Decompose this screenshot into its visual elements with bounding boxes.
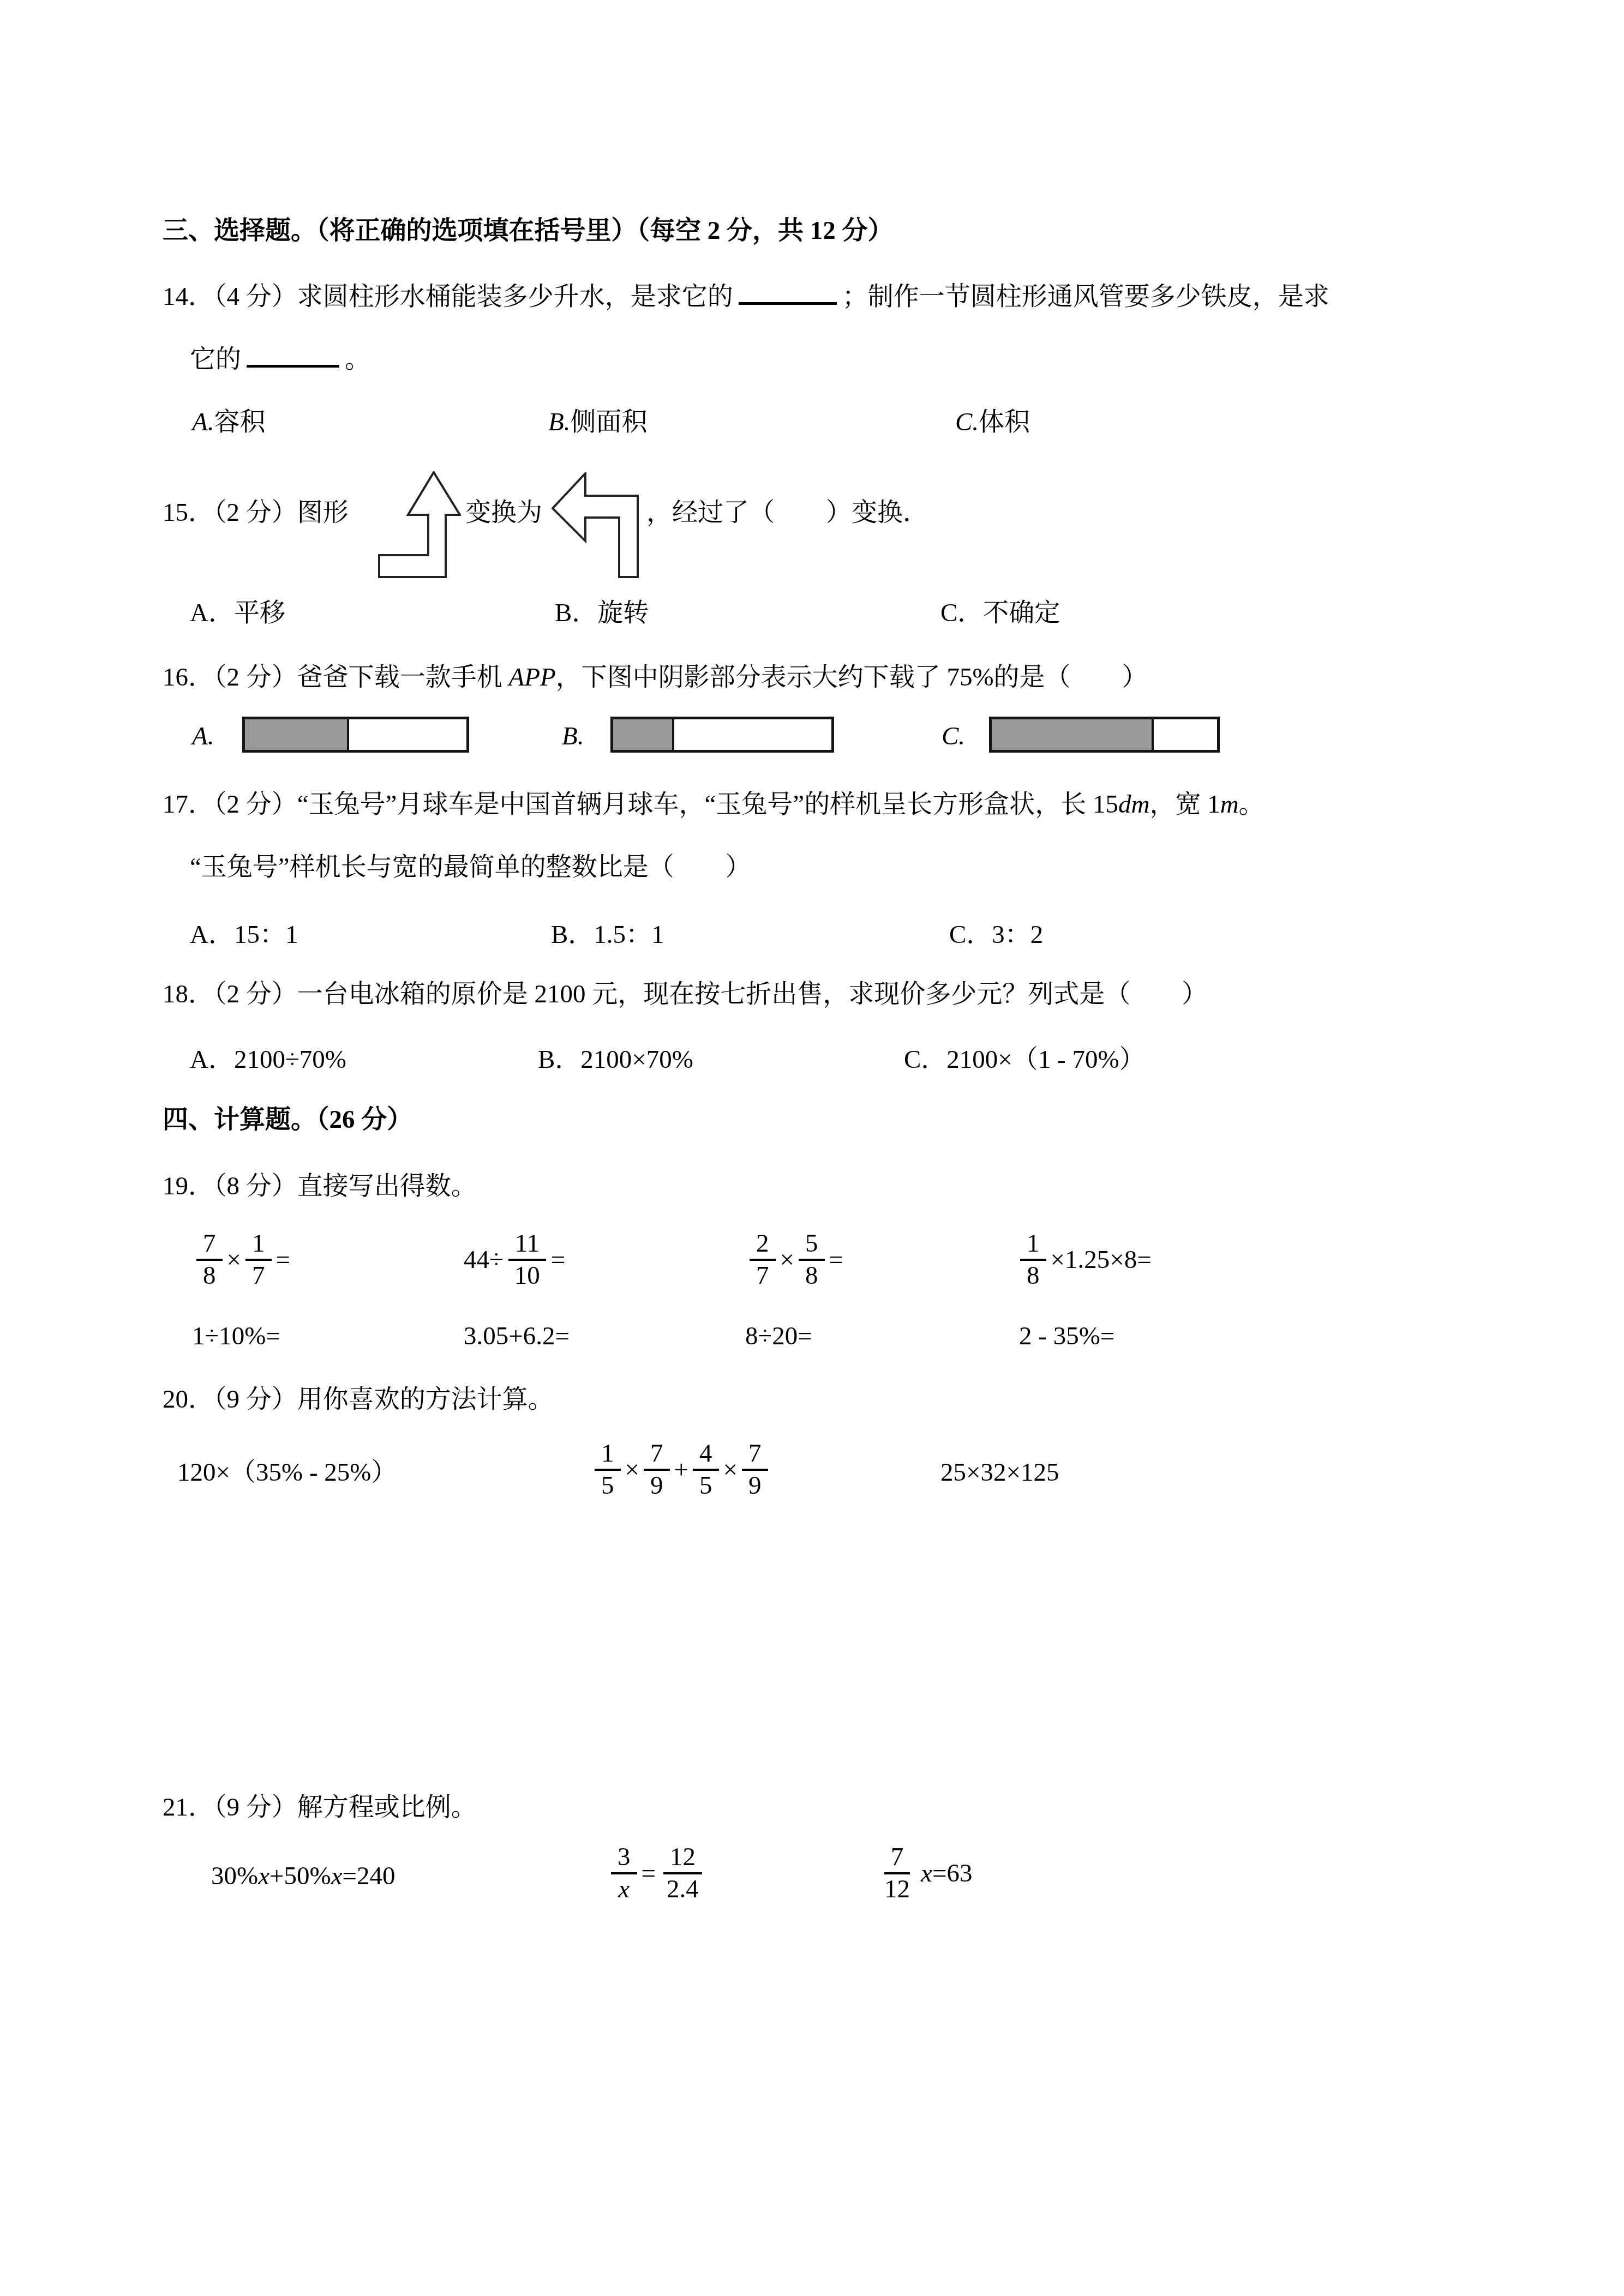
q19-expression-6: 3.05+6.2= bbox=[464, 1321, 570, 1351]
fraction: 45 bbox=[693, 1440, 719, 1500]
unit-m: m bbox=[1220, 790, 1239, 819]
q20-expression-1: 120×（35% - 25%） bbox=[177, 1457, 397, 1488]
fraction: 27 bbox=[750, 1230, 776, 1290]
option-text: 侧面积 bbox=[570, 408, 647, 436]
denominator: 2.4 bbox=[660, 1874, 705, 1903]
question-21-title: 21．（9 分）解方程或比例。 bbox=[163, 1792, 477, 1823]
q19-expression-3: 27 × 58 = bbox=[745, 1226, 843, 1294]
fraction: 18 bbox=[1020, 1230, 1046, 1290]
question-14-option-a: A.容积 bbox=[192, 407, 265, 437]
question-17-text-3: 。 bbox=[1239, 790, 1265, 819]
bar-c-label: C. bbox=[942, 721, 965, 752]
denominator: 7 bbox=[245, 1261, 272, 1289]
question-17-line-1: 17．（2 分）“玉兔号”月球车是中国首辆月球车，“玉兔号”的样机呈长方形盒状，… bbox=[163, 789, 1265, 820]
equals: =63 bbox=[932, 1858, 973, 1889]
option-text: 容积 bbox=[214, 408, 265, 436]
fraction: 17 bbox=[245, 1230, 272, 1290]
denominator: 5 bbox=[595, 1471, 621, 1499]
question-19-title: 19．（8 分）直接写出得数。 bbox=[163, 1171, 477, 1201]
fraction: 79 bbox=[742, 1440, 768, 1500]
equals: = bbox=[551, 1245, 566, 1275]
question-14-option-b: B.侧面积 bbox=[548, 407, 647, 437]
equals: = bbox=[642, 1858, 656, 1889]
operator: × bbox=[780, 1245, 795, 1275]
question-17-text-2: ，宽 1 bbox=[1149, 790, 1220, 819]
question-15-option-b: B．旋转 bbox=[555, 598, 649, 628]
bar-b-label: B. bbox=[562, 721, 584, 752]
operand: ×1.25×8= bbox=[1051, 1245, 1152, 1275]
term: +50% bbox=[269, 1862, 331, 1890]
section-4-heading: 四、计算题。（26 分） bbox=[163, 1104, 412, 1135]
question-15-option-c: C．不确定 bbox=[940, 598, 1060, 628]
section-3-heading: 三、选择题。（将正确的选项填在括号里）（每空 2 分，共 12 分） bbox=[163, 215, 894, 246]
q21-expression-2: 3x = 122.4 bbox=[607, 1837, 710, 1910]
question-14-option-c: C.体积 bbox=[955, 407, 1030, 437]
bar-a-label: A. bbox=[192, 721, 214, 752]
equals: = bbox=[829, 1245, 844, 1275]
q19-expression-1: 78 × 17 = bbox=[192, 1226, 290, 1294]
bar-a-fill bbox=[245, 719, 349, 750]
fraction: 1110 bbox=[508, 1230, 547, 1290]
bar-b-fill bbox=[613, 719, 674, 750]
denominator: x bbox=[612, 1874, 636, 1903]
fraction: 58 bbox=[799, 1230, 825, 1290]
q21-expression-1: 30%x+50%x=240 bbox=[211, 1861, 395, 1891]
question-16-bar-a bbox=[242, 717, 469, 753]
question-14-text-2: ；制作一节圆柱形通风管要多少铁皮，是求 bbox=[842, 283, 1329, 311]
question-16-text-2: ，下图中阴影部分表示大约下载了 75%的是（ ） bbox=[556, 663, 1148, 692]
question-18-line: 18．（2 分）一台电冰箱的原价是 2100 元，现在按七折出售，求现价多少元？… bbox=[163, 979, 1207, 1009]
page: 三、选择题。（将正确的选项填在括号里）（每空 2 分，共 12 分） 14．（4… bbox=[0, 0, 1624, 2296]
q19-expression-7: 8÷20= bbox=[745, 1321, 812, 1351]
numerator: 7 bbox=[196, 1230, 223, 1261]
denominator: 5 bbox=[693, 1471, 719, 1499]
bar-c-fill bbox=[992, 719, 1154, 750]
question-16-line: 16．（2 分）爸爸下载一款手机 APP，下图中阴影部分表示大约下载了 75%的… bbox=[163, 662, 1148, 693]
question-16-bar-c bbox=[989, 717, 1220, 753]
q21-expression-3: 712 x=63 bbox=[873, 1837, 972, 1910]
numerator: 12 bbox=[663, 1844, 702, 1874]
question-14-text-4: 。 bbox=[345, 345, 370, 374]
operand: 44÷ bbox=[464, 1245, 504, 1275]
term: 30% bbox=[211, 1862, 258, 1890]
question-15-text-3: ，经过了（ ）变换． bbox=[646, 497, 928, 528]
equals: =240 bbox=[343, 1862, 395, 1890]
question-18-option-c: C．2100×（1 - 70%） bbox=[904, 1044, 1145, 1075]
denominator: 9 bbox=[644, 1471, 670, 1499]
numerator: 7 bbox=[644, 1440, 670, 1471]
question-20-title: 20．（9 分）用你喜欢的方法计算。 bbox=[163, 1384, 554, 1415]
operator: × bbox=[625, 1454, 640, 1485]
option-text: 体积 bbox=[979, 408, 1030, 436]
fraction: 122.4 bbox=[660, 1844, 705, 1903]
fraction: 15 bbox=[595, 1440, 621, 1500]
question-14-text-1: 14．（4 分）求圆柱形水桶能装多少升水，是求它的 bbox=[163, 283, 733, 311]
option-letter: A. bbox=[192, 408, 214, 436]
answer-blank bbox=[739, 296, 837, 305]
denominator: 9 bbox=[742, 1471, 768, 1499]
equals: = bbox=[276, 1245, 291, 1275]
variable-x: x bbox=[331, 1862, 343, 1890]
option-letter: C. bbox=[955, 408, 979, 436]
q19-expression-5: 1÷10%= bbox=[192, 1321, 280, 1351]
q19-expression-4: 18 ×1.25×8= bbox=[1016, 1226, 1152, 1294]
answer-blank bbox=[247, 358, 339, 368]
option-letter: B. bbox=[548, 408, 570, 436]
numerator: 7 bbox=[742, 1440, 768, 1471]
variable-x: x bbox=[921, 1858, 932, 1889]
question-16-bar-b bbox=[610, 717, 834, 753]
question-17-option-b: B．1.5：1 bbox=[551, 919, 664, 950]
denominator: 12 bbox=[878, 1874, 916, 1903]
numerator: 11 bbox=[508, 1230, 546, 1261]
variable-x: x bbox=[258, 1862, 269, 1890]
q20-expression-3: 25×32×125 bbox=[940, 1457, 1059, 1488]
fraction: 3x bbox=[611, 1844, 637, 1903]
numerator: 1 bbox=[245, 1230, 272, 1261]
question-17-line-2: “玉兔号”样机长与宽的最简单的整数比是（ ） bbox=[190, 852, 751, 882]
fraction: 79 bbox=[644, 1440, 670, 1500]
numerator: 3 bbox=[611, 1844, 637, 1874]
question-15-text-2: 变换为 bbox=[465, 497, 542, 528]
numerator: 4 bbox=[693, 1440, 719, 1471]
question-17-text-1: 17．（2 分）“玉兔号”月球车是中国首辆月球车，“玉兔号”的样机呈长方形盒状，… bbox=[163, 790, 1118, 819]
q19-expression-8: 2 - 35%= bbox=[1019, 1321, 1114, 1351]
question-17-option-c: C．3：2 bbox=[949, 919, 1043, 950]
denominator: 10 bbox=[508, 1261, 547, 1289]
q19-expression-2: 44÷ 1110 = bbox=[464, 1226, 565, 1294]
figure-arrow-left-icon bbox=[552, 472, 639, 579]
operator: × bbox=[723, 1454, 738, 1485]
denominator: 8 bbox=[196, 1261, 223, 1289]
numerator: 7 bbox=[884, 1844, 910, 1874]
q20-expression-2: 15 × 79 + 45 × 79 bbox=[590, 1433, 772, 1506]
question-18-option-b: B．2100×70% bbox=[538, 1044, 693, 1075]
numerator: 1 bbox=[1020, 1230, 1046, 1261]
question-17-option-a: A．15：1 bbox=[190, 919, 298, 950]
question-15-text-1: 15．（2 分）图形 bbox=[163, 497, 349, 528]
operator: × bbox=[227, 1245, 242, 1275]
question-14-text-3: 它的 bbox=[190, 345, 241, 374]
denominator: 7 bbox=[750, 1261, 776, 1289]
numerator: 1 bbox=[595, 1440, 621, 1471]
figure-arrow-up-icon bbox=[378, 471, 461, 579]
numerator: 5 bbox=[799, 1230, 825, 1261]
question-16-text-1: 16．（2 分）爸爸下载一款手机 bbox=[163, 663, 502, 692]
app-label: APP bbox=[509, 663, 556, 692]
denominator: 8 bbox=[1020, 1261, 1046, 1289]
unit-dm: dm bbox=[1118, 790, 1149, 819]
numerator: 2 bbox=[750, 1230, 776, 1261]
question-18-option-a: A．2100÷70% bbox=[190, 1044, 346, 1075]
fraction: 78 bbox=[196, 1230, 223, 1290]
question-15-option-a: A．平移 bbox=[190, 598, 285, 628]
question-14-line-2: 它的。 bbox=[190, 344, 370, 375]
fraction: 712 bbox=[878, 1844, 916, 1903]
question-14-line-1: 14．（4 分）求圆柱形水桶能装多少升水，是求它的；制作一节圆柱形通风管要多少铁… bbox=[163, 281, 1329, 312]
operator: + bbox=[674, 1454, 689, 1485]
denominator: 8 bbox=[799, 1261, 825, 1289]
